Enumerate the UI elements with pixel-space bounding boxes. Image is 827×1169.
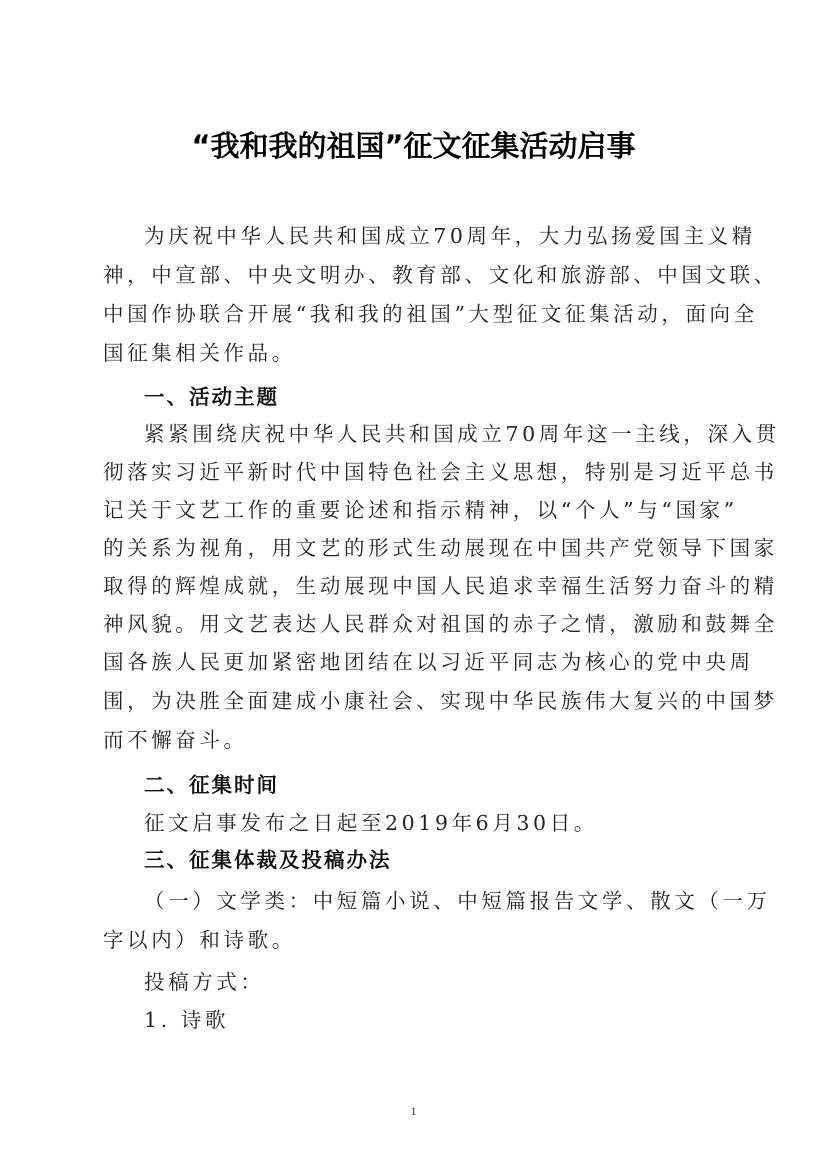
page-number: 1: [0, 1104, 827, 1119]
paragraph-line: 取得的辉煌成就，生动展现中国人民追求幸福生活努力奋斗的精: [103, 572, 725, 600]
section-heading: 一、活动主题: [144, 383, 725, 411]
paragraph-line: 围，为决胜全面建成小康社会、实现中华民族伟大复兴的中国梦: [103, 687, 725, 715]
document-title: “我和我的祖国”征文征集活动启事: [0, 124, 827, 165]
paragraph-line: 记关于文艺工作的重要论述和指示精神，以“个人”与“国家”: [103, 496, 725, 524]
paragraph-line: 为庆祝中华人民共和国成立70周年，大力弘扬爱国主义精: [144, 222, 725, 250]
section-heading: 三、征集体裁及投稿办法: [144, 846, 725, 874]
paragraph-line: 国征集相关作品。: [103, 339, 725, 367]
paragraph-line: 字以内）和诗歌。: [103, 926, 725, 954]
paragraph-line: 紧紧围绕庆祝中华人民共和国成立70周年这一主线，深入贯: [144, 420, 725, 448]
paragraph-line: 神，中宣部、中央文明办、教育部、文化和旅游部、中国文联、: [103, 261, 725, 289]
paragraph-line: 征文启事发布之日起至2019年6月30日。: [144, 809, 725, 837]
section-heading: 二、征集时间: [144, 771, 725, 799]
paragraph-line: 投稿方式：: [144, 968, 725, 996]
paragraph-line: 1. 诗歌: [144, 1006, 725, 1034]
paragraph-line: 神风貌。用文艺表达人民群众对祖国的赤子之情，激励和鼓舞全: [103, 610, 725, 638]
paragraph-line: 中国作协联合开展“我和我的祖国”大型征文征集活动，面向全: [103, 300, 725, 328]
document-page: “我和我的祖国”征文征集活动启事 为庆祝中华人民共和国成立70周年，大力弘扬爱国…: [0, 0, 827, 1169]
paragraph-line: 而不懈奋斗。: [103, 726, 725, 754]
paragraph-line: 彻落实习近平新时代中国特色社会主义思想，特别是习近平总书: [103, 458, 725, 486]
paragraph-line: 的关系为视角，用文艺的形式生动展现在中国共产党领导下国家: [103, 534, 725, 562]
paragraph-line: （一）文学类：中短篇小说、中短篇报告文学、散文（一万: [144, 887, 725, 915]
paragraph-line: 国各族人民更加紧密地团结在以习近平同志为核心的党中央周: [103, 648, 725, 676]
